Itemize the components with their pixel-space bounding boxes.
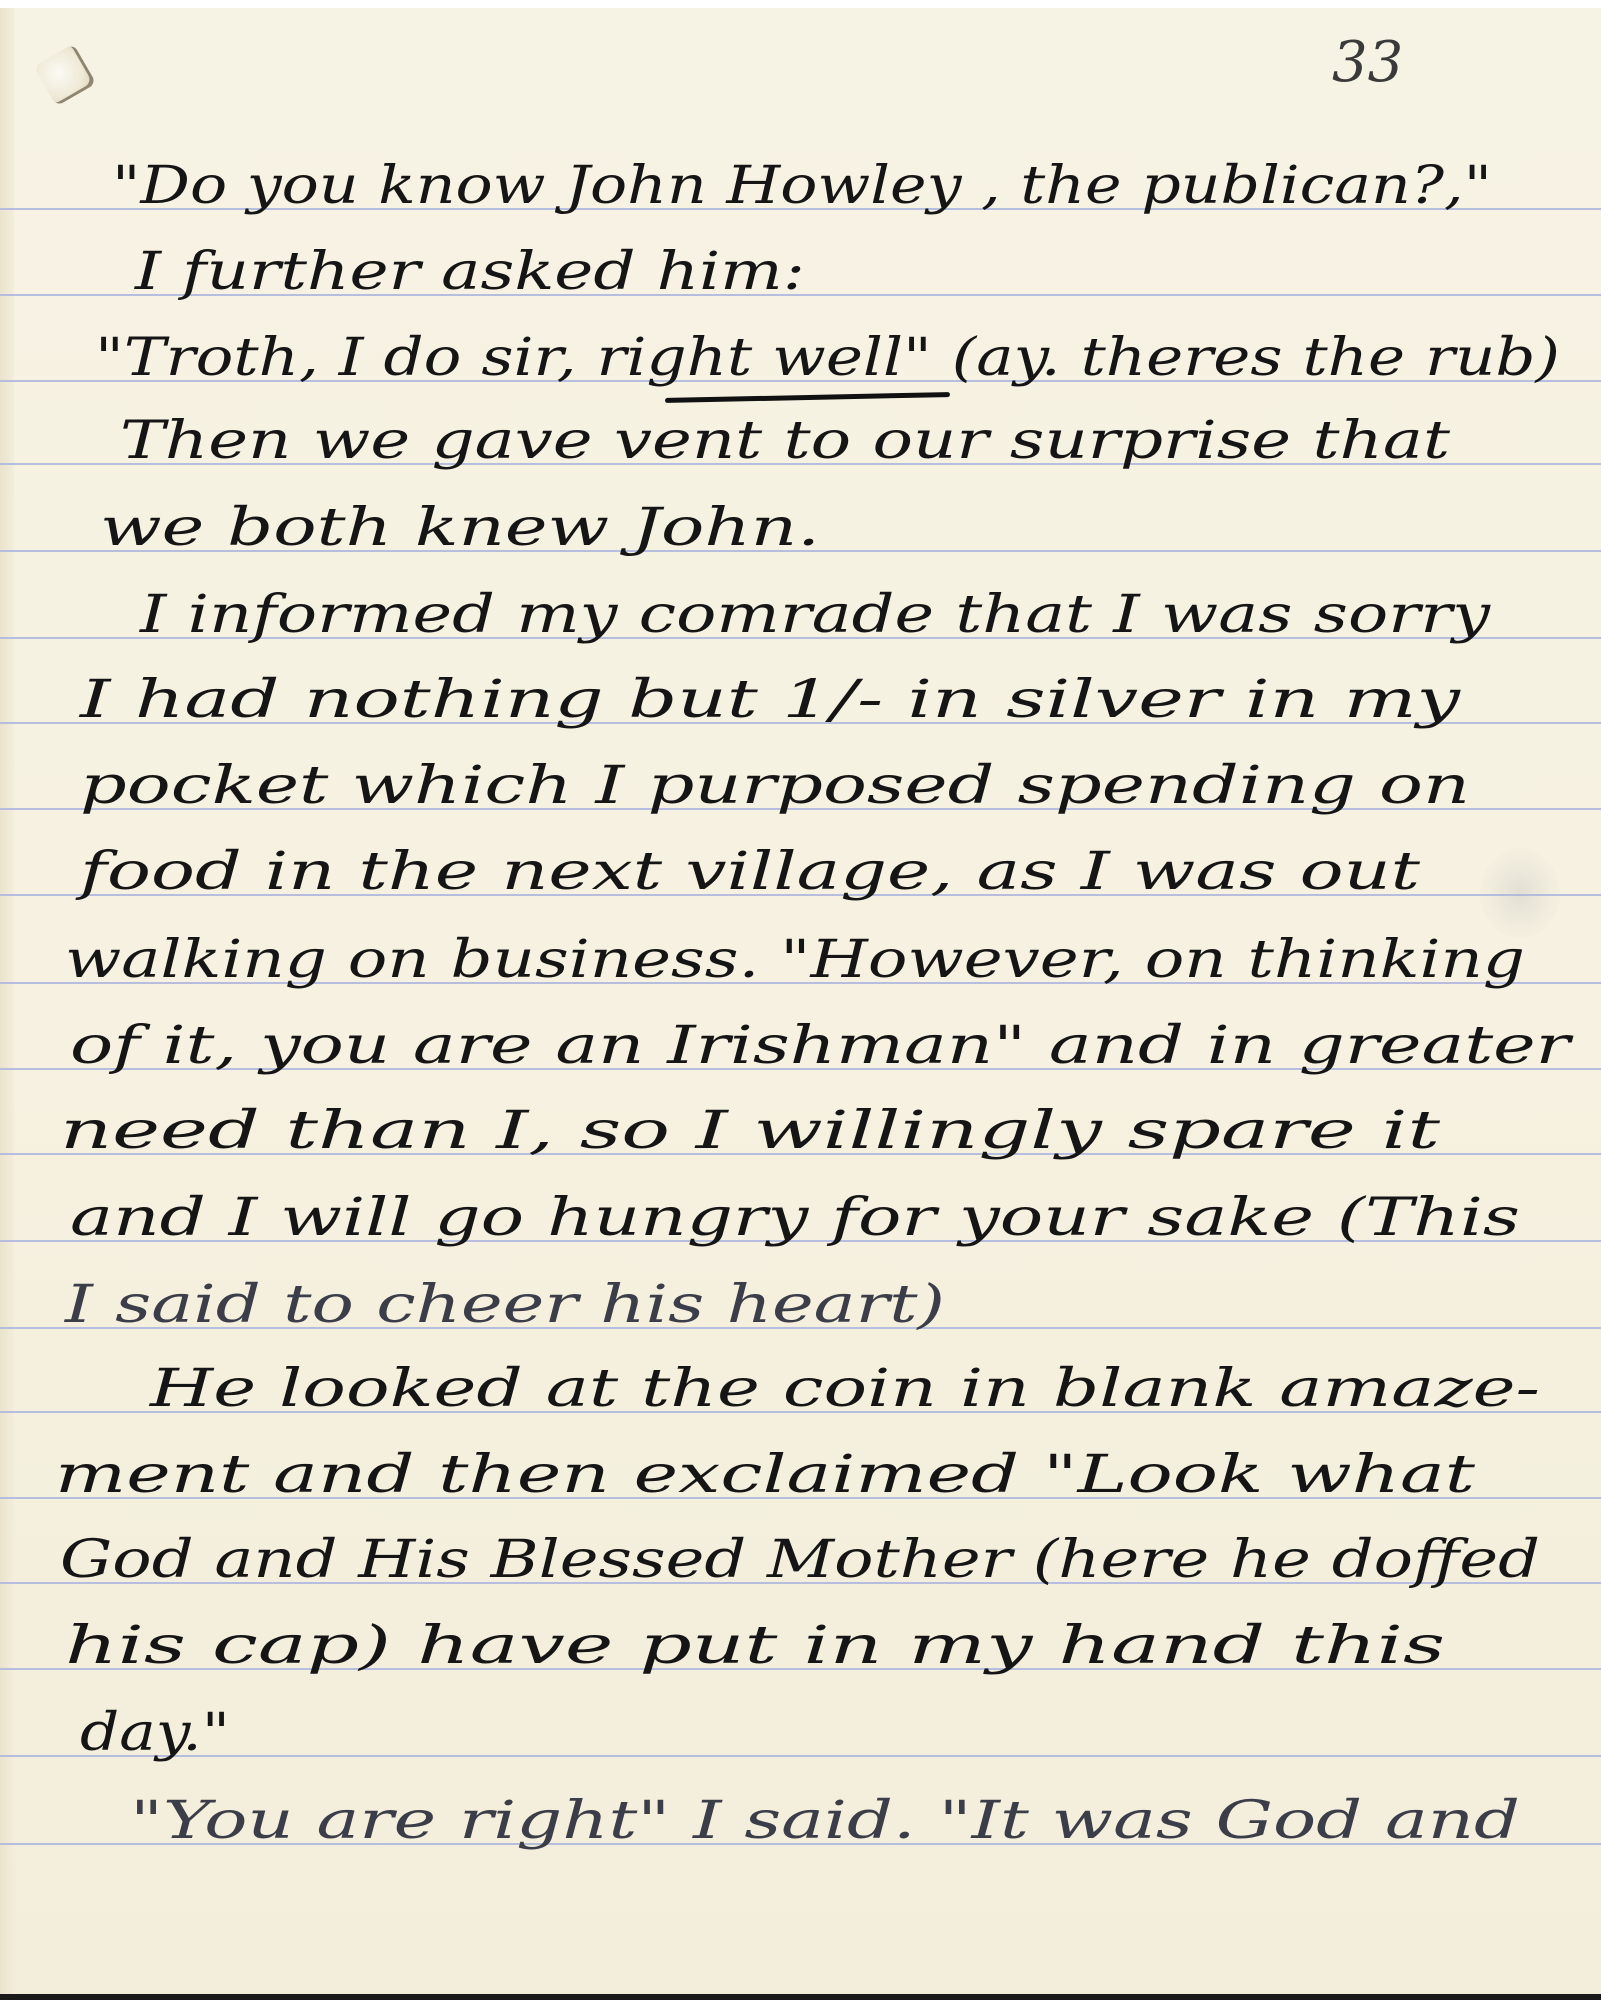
text-line: I informed my comrade that I was sorry [139,585,1491,645]
text-line: food in the next village, as I was out [74,842,1420,902]
text-line: we both knew John. [100,498,820,558]
text-line: need than I, so I willingly spare it [60,1101,1440,1161]
text-line: I had nothing but 1/- in silver in my [79,670,1461,730]
text-line: "Do you know John Howley , the publican?… [112,156,1492,216]
text-line: and I will go hungry for your sake (This [70,1188,1520,1248]
text-line: pocket which I purposed spending on [80,756,1470,816]
text-line: walking on business. "However, on thinki… [65,930,1525,990]
text-line: I further asked him: [134,242,805,302]
scan-border-bottom [0,1994,1601,2000]
text-line: God and His Blessed Mother (here he doff… [60,1530,1540,1590]
text-line: Then we gave vent to our surprise that [120,411,1450,471]
text-line: "Troth, I do sir, right well" (ay. there… [95,328,1560,388]
handwritten-text: "Do you know John Howley , the publican?… [0,0,1601,2000]
text-line: ment and then exclaimed "Look what [55,1445,1475,1505]
text-line: of it, you are an Irishman" and in great… [70,1016,1574,1076]
text-line: He looked at the coin in blank amaze- [149,1359,1540,1419]
text-line: I said to cheer his heart) [64,1275,945,1335]
text-line: day." [80,1703,230,1763]
text-line: "You are right" I said. "It was God and [130,1791,1520,1851]
text-line: his cap) have put in my hand this [65,1616,1445,1676]
